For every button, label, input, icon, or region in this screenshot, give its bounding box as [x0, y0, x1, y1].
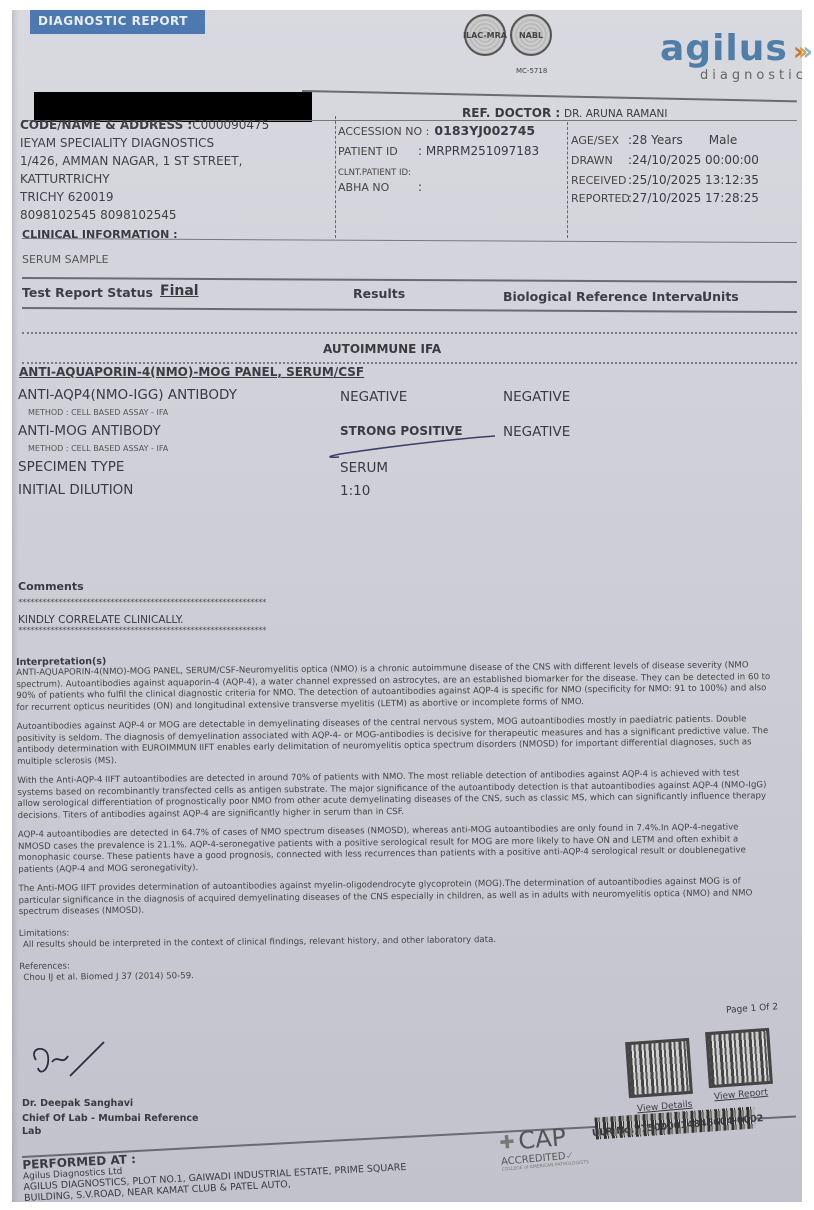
age-value: :28 Years	[628, 133, 683, 147]
report-banner: DIAGNOSTIC REPORT	[30, 10, 205, 34]
report-page: DIAGNOSTIC REPORT ILAC-MRA NABL MC-5718 …	[12, 10, 802, 1202]
interpretation-paragraph: AQP-4 autoantibodies are detected in 64.…	[18, 822, 774, 876]
check-icon: ✓	[565, 1150, 574, 1162]
section-title: AUTOIMMUNE IFA	[323, 342, 441, 356]
report-status-value: Final	[160, 283, 199, 299]
column-divider	[567, 122, 568, 238]
test-method: METHOD : CELL BASED ASSAY - IFA	[28, 408, 168, 417]
clinical-label: CLINICAL INFORMATION :	[22, 228, 178, 241]
cap-emblem-icon: ✚	[499, 1131, 516, 1153]
comments-label: Comments	[18, 580, 84, 593]
brand-name: agilus	[660, 28, 788, 69]
signature-mark	[26, 1040, 106, 1084]
accreditation-seals: ILAC-MRA NABL	[464, 14, 552, 56]
brand-arrows-icon-3: ›	[802, 37, 813, 67]
dotted-divider	[22, 362, 797, 364]
cap-accreditation: ✚ CAP ACCREDITED✓ COLLEGE of AMERICAN PA…	[498, 1121, 589, 1172]
received-value: :25/10/2025 13:12:35	[628, 173, 759, 187]
accession-value: 0183YJ002745	[434, 123, 535, 138]
client-block: CODE/NAME & ADDRESS :C000090475 IEYAM SP…	[20, 116, 269, 224]
units-header: Units	[702, 289, 739, 304]
sex-value: Male	[709, 133, 737, 147]
signatory-name: Dr. Deepak Sanghavi	[22, 1098, 133, 1109]
abha-label: ABHA NO	[338, 181, 418, 194]
comments-stars: ****************************************…	[18, 598, 266, 608]
test-result: NEGATIVE	[340, 389, 407, 405]
drawn-value: :24/10/2025 00:00:00	[628, 153, 759, 167]
accession-label: ACCESSION NO :	[338, 125, 429, 138]
test-result: 1:10	[340, 483, 370, 499]
client-address-line: 8098102545 8098102545	[20, 206, 269, 224]
patient-id-label: PATIENT ID	[338, 145, 418, 158]
interpretation-block: Interpretation(s) ANTI-AQUAPORIN-4(NMO)-…	[16, 649, 775, 984]
ref-doctor-value: DR. ARUNA RAMANI	[564, 108, 667, 120]
seal-code: MC-5718	[516, 67, 547, 75]
page-number: Page 1 Of 2	[726, 1002, 779, 1016]
test-reference: NEGATIVE	[503, 389, 570, 405]
client-address-line: 1/426, AMMAN NAGAR, 1 ST STREET,	[20, 152, 269, 170]
divider	[22, 307, 797, 313]
client-code-value: C000090475	[192, 118, 269, 132]
test-name: SPECIMEN TYPE	[18, 459, 124, 475]
pen-underline-mark	[317, 428, 497, 458]
signatory-title: Chief Of Lab - Mumbai Reference Lab	[22, 1112, 212, 1138]
brand-logo: agilus ›››	[660, 28, 813, 69]
age-sex-label: AGE/SEX	[571, 134, 628, 147]
interpretation-paragraph: The Anti-MOG IIFT provides determination…	[18, 876, 774, 918]
panel-title: ANTI-AQUAPORIN-4(NMO)-MOG PANEL, SERUM/C…	[19, 365, 364, 379]
column-divider	[335, 116, 336, 238]
clinical-value: SERUM SAMPLE	[22, 253, 109, 266]
abha-value: :	[418, 180, 422, 194]
view-report-link[interactable]: View Report	[714, 1088, 769, 1103]
nabl-seal-icon: NABL	[510, 14, 552, 56]
client-address-line: TRICHY 620019	[20, 188, 269, 206]
reported-label: REPORTED	[571, 192, 628, 205]
reported-value: :27/10/2025 17:28:25	[628, 191, 759, 205]
patient-block: AGE/SEX:28 YearsMale DRAWN:24/10/2025 00…	[571, 129, 759, 205]
results-header: Results	[353, 286, 405, 301]
interpretation-paragraph: Autoantibodies against AQP-4 or MOG are …	[17, 714, 773, 768]
qr-code-view-details[interactable]	[625, 1038, 693, 1098]
interpretation-paragraph: With the Anti-AQP-4 IIFT autoantibodies …	[17, 768, 773, 822]
divider	[22, 277, 797, 283]
ref-doctor: REF. DOCTOR : DR. ARUNA RAMANI	[462, 106, 667, 120]
brand-sub: diagnostic	[700, 68, 807, 83]
test-name: ANTI-AQP4(NMO-IGG) ANTIBODY	[18, 387, 237, 403]
test-name: ANTI-MOG ANTIBODY	[18, 423, 161, 439]
drawn-label: DRAWN	[571, 154, 628, 167]
client-address-line: IEYAM SPECIALITY DIAGNOSTICS	[20, 134, 269, 152]
test-method: METHOD : CELL BASED ASSAY - IFA	[28, 444, 168, 453]
performed-at-block: PERFORMED AT : Agilus Diagnostics Ltd AG…	[22, 1138, 407, 1204]
comments-stars: ****************************************…	[18, 626, 266, 636]
test-result: SERUM	[340, 460, 388, 476]
received-label: RECEIVED	[571, 174, 628, 187]
ref-doctor-label: REF. DOCTOR :	[462, 106, 560, 120]
client-code-label: CODE/NAME & ADDRESS :	[20, 118, 192, 132]
cap-main: CAP	[517, 1123, 567, 1155]
header-divider	[302, 90, 797, 102]
patient-id-value: : MRPRM251097183	[418, 144, 539, 158]
comments-text: KINDLY CORRELATE CLINICALLY.	[18, 614, 183, 626]
reference-header: Biological Reference Interval	[503, 289, 707, 304]
interpretation-paragraph: ANTI-AQUAPORIN-4(NMO)-MOG PANEL, SERUM/C…	[16, 660, 772, 714]
dotted-divider	[22, 332, 797, 334]
ids-block: ACCESSION NO : 0183YJ002745 PATIENT ID: …	[338, 120, 539, 194]
test-name: INITIAL DILUTION	[18, 482, 133, 498]
client-address-line: KATTURTRICHY	[20, 170, 269, 188]
test-reference: NEGATIVE	[503, 424, 570, 440]
report-status-label: Test Report Status	[22, 285, 153, 300]
qr-code-view-report[interactable]	[705, 1028, 773, 1088]
ilac-seal-icon: ILAC-MRA	[464, 14, 506, 56]
